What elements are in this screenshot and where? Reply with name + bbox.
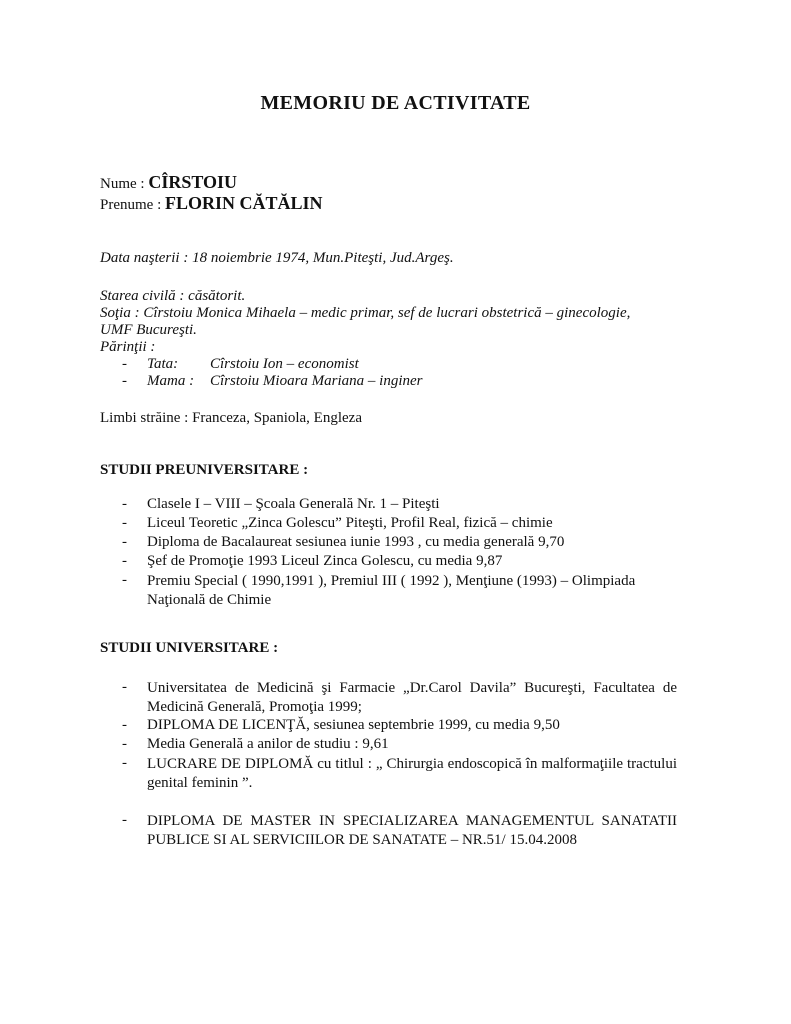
dash: - xyxy=(122,553,127,570)
first-name-label: Prenume : xyxy=(100,197,161,213)
list-item: Şef de Promoţie 1993 Liceul Zinca Golesc… xyxy=(147,553,502,570)
dash: - xyxy=(122,717,127,734)
surname-value: CÎRSTOIU xyxy=(148,172,237,192)
dash: - xyxy=(122,356,127,373)
list-item: Diploma de Bacalaureat sesiunea iunie 19… xyxy=(147,534,564,551)
spouse-line-2: UMF Bucureşti. xyxy=(100,322,197,339)
list-item: DIPLOMA DE MASTER IN SPECIALIZAREA MANAG… xyxy=(147,812,677,850)
preuniversity-heading: STUDII PREUNIVERSITARE : xyxy=(100,462,308,479)
surname-label: Nume : xyxy=(100,176,145,192)
dash: - xyxy=(122,515,127,532)
languages: Limbi străine : Franceza, Spaniola, Engl… xyxy=(100,410,362,427)
dash: - xyxy=(122,496,127,513)
university-heading: STUDII UNIVERSITARE : xyxy=(100,640,278,657)
list-item: DIPLOMA DE LICENŢĂ, sesiunea septembrie … xyxy=(147,717,560,734)
mother-role: Mama : xyxy=(147,373,194,390)
spouse-line-1: Soţia : Cîrstoiu Monica Mihaela – medic … xyxy=(100,305,630,322)
dash: - xyxy=(122,534,127,551)
list-item: Universitatea de Medicină şi Farmacie „D… xyxy=(147,679,677,717)
first-name-row: Prenume : FLORIN CĂTĂLIN xyxy=(100,193,323,214)
birth-info: Data naşterii : 18 noiembrie 1974, Mun.P… xyxy=(100,250,454,267)
dash: - xyxy=(122,755,127,772)
list-item: Premiu Special ( 1990,1991 ), Premiul II… xyxy=(147,572,677,610)
first-name-value: FLORIN CĂTĂLIN xyxy=(165,193,323,213)
mother-name: Cîrstoiu Mioara Mariana – inginer xyxy=(210,373,423,390)
list-item: Media Generală a anilor de studiu : 9,61 xyxy=(147,736,389,753)
father-name: Cîrstoiu Ion – economist xyxy=(210,356,359,373)
father-role: Tata: xyxy=(147,356,178,373)
page-title: MEMORIU DE ACTIVITATE xyxy=(0,92,791,115)
parents-label: Părinţii : xyxy=(100,339,155,356)
list-item: LUCRARE DE DIPLOMĂ cu titlul : „ Chirurg… xyxy=(147,755,677,793)
dash: - xyxy=(122,736,127,753)
dash: - xyxy=(122,572,127,589)
dash: - xyxy=(122,679,127,696)
list-item: Liceul Teoretic „Zinca Golescu” Piteşti,… xyxy=(147,515,553,532)
civil-status: Starea civilă : căsătorit. xyxy=(100,288,245,305)
surname-row: Nume : CÎRSTOIU xyxy=(100,172,237,193)
dash: - xyxy=(122,812,127,829)
list-item: Clasele I – VIII – Şcoala Generală Nr. 1… xyxy=(147,496,440,513)
dash: - xyxy=(122,373,127,390)
